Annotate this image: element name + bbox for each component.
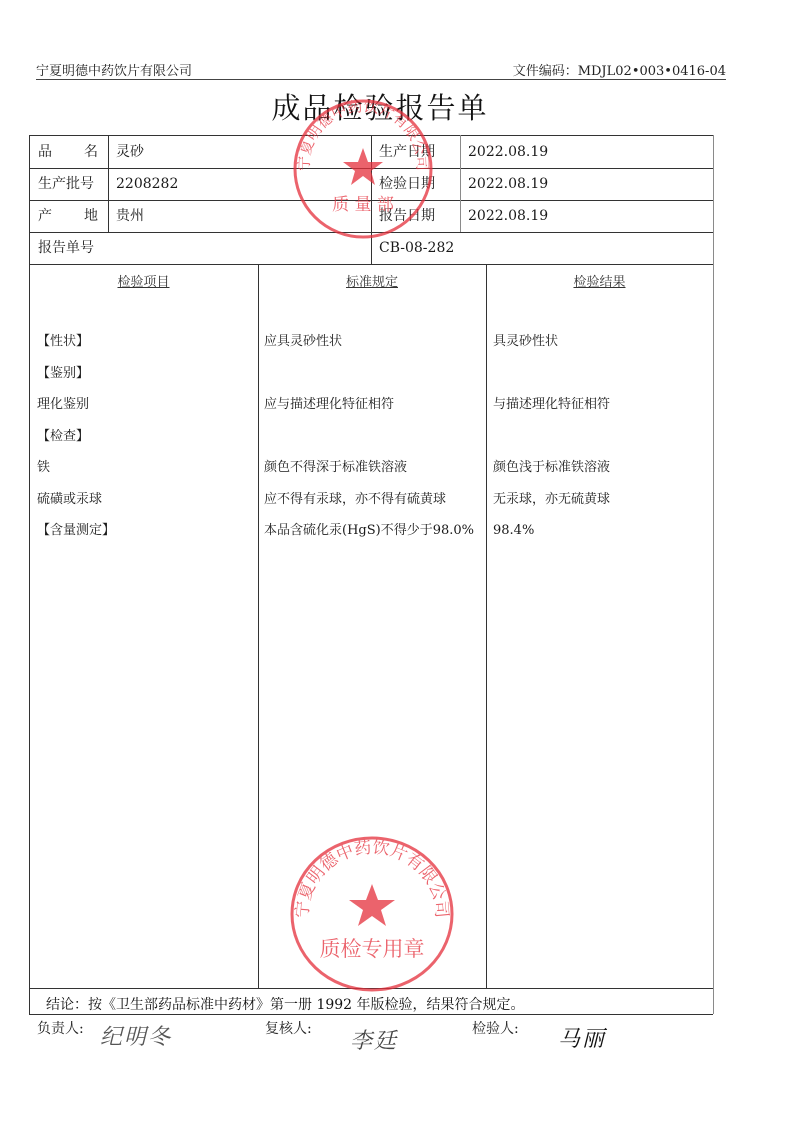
table-cell-standard: 颜色不得深于标准铁溶液	[264, 460, 407, 476]
col-divider	[460, 135, 461, 232]
production-date-label: 生产日期	[379, 143, 435, 161]
inspector-signature: 马丽	[558, 1022, 606, 1053]
table-border-right	[713, 135, 714, 1014]
report-date-label: 报告日期	[379, 207, 435, 225]
batch-value: 2208282	[116, 175, 178, 193]
star-icon	[349, 884, 395, 926]
table-cell-result: 98.4%	[493, 523, 534, 539]
table-cell-standard: 应与描述理化特征相符	[264, 397, 394, 413]
column-header-result: 检验结果	[486, 271, 713, 290]
table-cell-result: 与描述理化特征相符	[493, 397, 610, 413]
page-title: 成品检验报告单	[0, 86, 760, 127]
header-divider	[36, 79, 726, 80]
origin-value: 贵州	[116, 207, 144, 225]
star-icon	[343, 148, 383, 185]
reviewer-label: 复核人:	[265, 1018, 312, 1038]
report-no-label: 报告单号	[38, 239, 94, 257]
table-cell-result: 无汞球，亦无硫黄球	[493, 492, 610, 508]
table-cell-item: 【性状】	[37, 334, 89, 350]
inspection-date-value: 2022.08.19	[468, 175, 548, 193]
table-cell-item: 硫磺或汞球	[37, 492, 102, 508]
table-border-left	[29, 135, 30, 1014]
table-cell-standard: 应不得有汞球，亦不得有硫黄球	[264, 492, 446, 508]
table-cell-standard: 应具灵砂性状	[264, 334, 342, 350]
column-header-standard: 标准规定	[258, 271, 486, 290]
table-cell-result: 颜色浅于标准铁溶液	[493, 460, 610, 476]
col-divider	[371, 135, 372, 264]
stamp-ring-text: 宁夏明德中药饮片有限公司	[293, 838, 452, 919]
origin-label: 产地	[38, 207, 98, 225]
col-divider	[108, 135, 109, 232]
table-cell-item: 【含量测定】	[37, 523, 115, 539]
report-no-value: CB-08-282	[379, 239, 454, 257]
product-name-label: 品名	[38, 143, 98, 161]
table-cell-result: 具灵砂性状	[493, 334, 558, 350]
production-date-value: 2022.08.19	[468, 143, 548, 161]
table-cell-item: 铁	[37, 460, 50, 476]
row-divider	[29, 988, 713, 989]
table-cell-item: 理化鉴别	[37, 397, 89, 413]
table-cell-standard: 本品含硫化汞(HgS)不得少于98.0%	[264, 523, 474, 539]
column-header-item: 检验项目	[29, 271, 258, 290]
batch-label: 生产批号	[38, 175, 94, 193]
table-cell-item: 【鉴别】	[37, 366, 89, 382]
col-divider	[258, 264, 259, 988]
conclusion: 结论：按《卫生部药品标准中药材》第一册 1992 年版检验，结果符合规定。	[46, 994, 525, 1014]
qc-seal-stamp: 宁夏明德中药饮片有限公司 质检专用章	[287, 834, 457, 994]
col-divider	[486, 264, 487, 988]
row-divider	[29, 264, 713, 265]
svg-text:质检专用章: 质检专用章	[320, 937, 425, 961]
company-name: 宁夏明德中药饮片有限公司	[36, 60, 192, 79]
inspector-label: 检验人:	[472, 1018, 519, 1038]
table-cell-item: 【检查】	[37, 429, 89, 445]
reviewer-signature: 李廷	[350, 1024, 398, 1055]
responsible-signature: 纪明冬	[100, 1020, 172, 1051]
table-border-bottom	[29, 1014, 713, 1015]
inspection-date-label: 检验日期	[379, 175, 435, 193]
responsible-label: 负责人:	[37, 1018, 84, 1038]
product-name-value: 灵砂	[116, 143, 144, 161]
file-code: 文件编码：MDJL02•003•0416-04	[513, 60, 726, 79]
report-date-value: 2022.08.19	[468, 207, 548, 225]
